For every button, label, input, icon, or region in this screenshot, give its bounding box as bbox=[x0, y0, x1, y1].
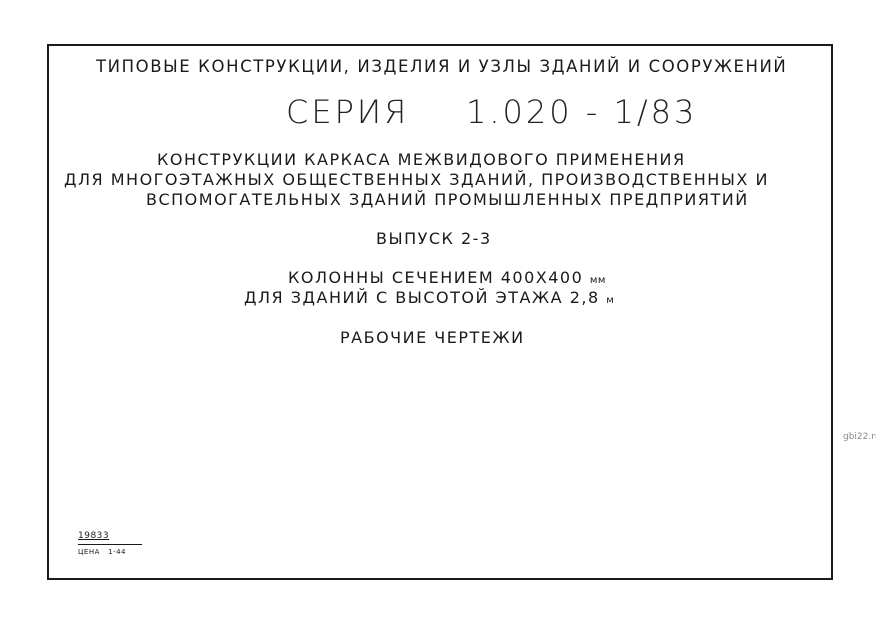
stamp-divider bbox=[78, 544, 142, 545]
series-label: Серия bbox=[286, 93, 409, 131]
series-number: 1.020 - 1/83 bbox=[466, 93, 697, 131]
floor-height-unit: м bbox=[606, 295, 614, 306]
floor-height-text: для зданий с высотой этажа 2,8 bbox=[244, 288, 600, 307]
columns-description-line-2: для зданий с высотой этажа 2,8 м bbox=[244, 288, 614, 307]
price-label: Цена bbox=[78, 548, 100, 556]
columns-section-text: Колонны сечением 400х400 bbox=[288, 268, 583, 287]
issue-number: Выпуск 2-3 bbox=[376, 229, 492, 248]
subject-line-2: для многоэтажных общественных зданий, пр… bbox=[64, 170, 769, 189]
subject-line-1: Конструкции каркаса межвидового применен… bbox=[157, 150, 686, 169]
title-page-frame bbox=[47, 44, 833, 580]
drawings-type: Рабочие чертежи bbox=[340, 328, 525, 347]
columns-section-unit: мм bbox=[590, 275, 606, 286]
subject-line-3: вспомогательных зданий промышленных пред… bbox=[146, 190, 749, 209]
stamp-number: 19833 bbox=[78, 531, 109, 541]
price-value: 1-44 bbox=[108, 548, 126, 556]
watermark: gbi22.ru bbox=[843, 432, 876, 442]
columns-description-line-1: Колонны сечением 400х400 мм bbox=[288, 268, 606, 287]
stamp-price: Цена 1-44 bbox=[78, 548, 126, 556]
document-header: Типовые конструкции, изделия и узлы здан… bbox=[96, 57, 787, 76]
